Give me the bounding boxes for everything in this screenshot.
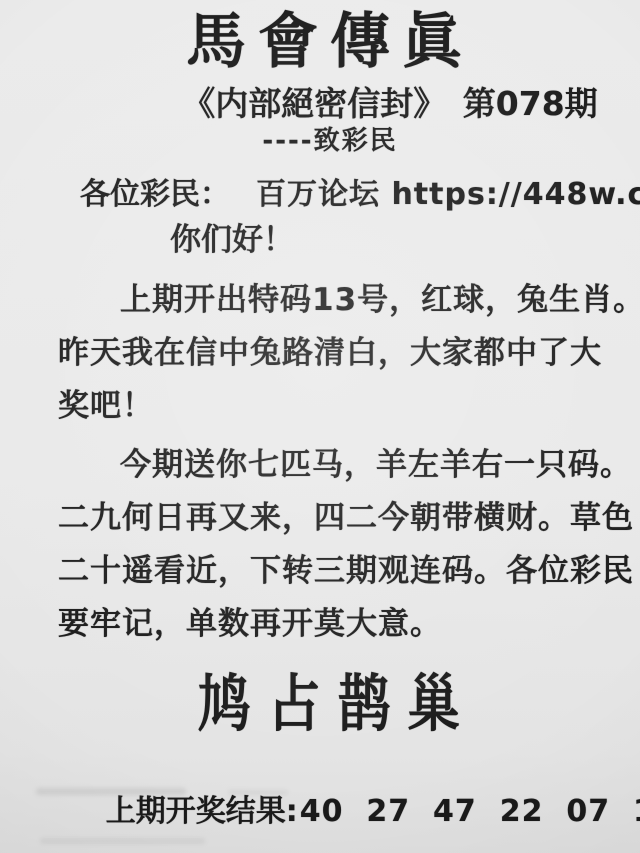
result-label: 上期开奖结果: <box>106 794 298 829</box>
dedication: ----致彩民 <box>10 126 640 156</box>
text-line: 要牢记，单数再开莫大意。 <box>58 598 640 651</box>
scanned-fax-letter: 馬會傳眞 《内部絕密信封》 第078期 ----致彩民 各位彩民：百万论坛 ht… <box>0 0 640 853</box>
letter-paragraph: 今期送你七匹马，羊左羊右一只码。二九何日再又来，四二今朝带横财。草色二十遥看近，… <box>58 439 640 651</box>
text-line: 奖吧！ <box>58 380 640 433</box>
text-line: 二九何日再又来，四二今朝带横财。草色 <box>58 492 640 545</box>
scan-smudge <box>36 788 186 795</box>
subtitle: 《内部絕密信封》 第078期 <box>70 84 640 124</box>
salutation-line: 各位彩民：百万论坛 https://448w.com <box>0 176 640 214</box>
text-line: 今期送你七匹马，羊左羊右一只码。 <box>58 439 640 492</box>
watermark-text: 百万论坛 https://448w.com <box>256 177 640 212</box>
letter-paragraph: 上期开出特码13号，红球，兔生肖。昨天我在信中兔路清白，大家都中了大奖吧！ <box>58 274 640 433</box>
headline-text: 鸠占鹊巢 <box>181 661 477 747</box>
page-title: 馬會傳眞 <box>10 0 640 80</box>
subtitle-text: 《内部絕密信封》 第078期 <box>182 84 597 123</box>
headline: 鸠占鹊巢 <box>9 661 640 747</box>
result-numbers: 40 27 47 22 07 19 <box>300 794 640 829</box>
text-line: 二十遥看近，下转三期观连码。各位彩民 <box>58 545 640 598</box>
scan-smudge <box>228 790 288 795</box>
text-line: 昨天我在信中兔路清白，大家都中了大 <box>58 327 640 380</box>
text-line: 上期开出特码13号，红球，兔生肖。 <box>58 274 640 327</box>
result-line: 上期开奖结果:40 27 47 22 07 19特13 <box>0 749 640 791</box>
letter-body: 上期开出特码13号，红球，兔生肖。昨天我在信中兔路清白，大家都中了大奖吧！今期送… <box>0 274 640 651</box>
scan-smudge <box>40 838 205 844</box>
greeting: 你们好！ <box>0 220 640 260</box>
salutation: 各位彩民： <box>80 177 230 212</box>
dedication-text: ----致彩民 <box>262 126 397 156</box>
